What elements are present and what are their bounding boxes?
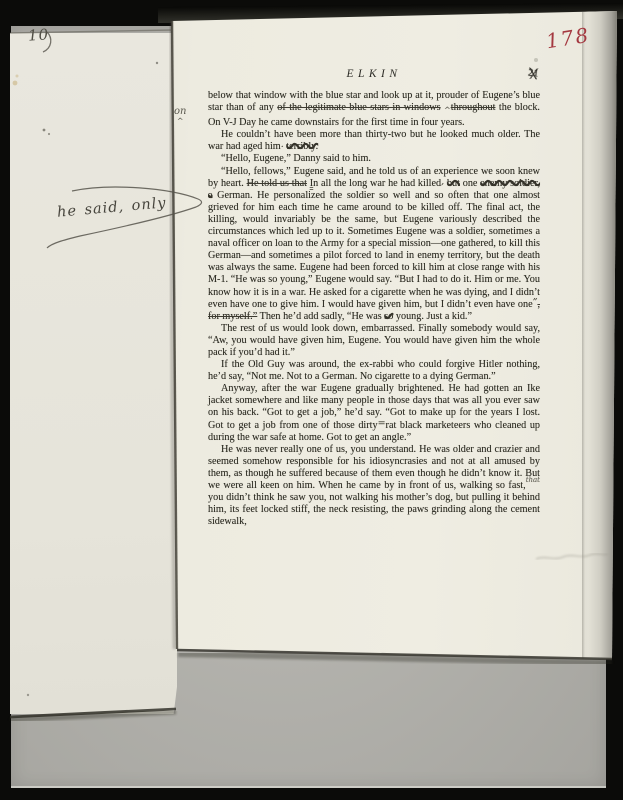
paragraph: The rest of us would look down, embarras… [208, 323, 540, 359]
paragraph: “Hello, Eugene,” Danny said to him. [208, 153, 540, 165]
edited-segment: that [526, 476, 540, 484]
text-segment: If the Old Guy was around, the ex-rabbi … [208, 359, 540, 382]
text-segment: you didn’t think he saw you, not walking… [208, 492, 540, 527]
paragraph: “Hello, fellows,” Eugene said, and he to… [208, 166, 540, 323]
edited-segment: ^ [444, 106, 451, 115]
text-segment: German. He personalized the soldier so w… [208, 190, 540, 310]
edited-segment: He told us that [247, 178, 307, 189]
margin-insertion-word: on [174, 106, 186, 117]
insertion-caret: ^ [174, 118, 186, 126]
pencil-corner-number: 10 [27, 25, 49, 44]
text-segment: He couldn’t have been more than thirty-t… [208, 129, 540, 152]
edited-segment: so [384, 311, 393, 322]
paragraph: He was never really one of us, you under… [208, 444, 540, 529]
text-segment: Then he’d add sadly, “He was [257, 311, 384, 322]
edited-segment: terribly. [286, 141, 318, 152]
paragraph: below that window with the blue star and… [208, 90, 540, 129]
margin-insertion-on: on ^ [174, 108, 186, 126]
edited-segment: of the legitimate blue stars in windows [277, 102, 440, 113]
text-segment: “Hello, Eugene,” Danny said to him. [221, 153, 371, 164]
paragraph: He couldn’t have been more than thirty-t… [208, 129, 540, 153]
edited-segment: ” [533, 297, 538, 308]
edited-segment: . [281, 139, 284, 150]
typescript-clipping: ELKIN 21 178 below that window with the … [146, 8, 623, 663]
album-page [10, 33, 177, 714]
edited-segment: = [378, 418, 386, 429]
body-text: below that window with the blue star and… [208, 90, 540, 528]
edited-segment: , [441, 176, 444, 187]
text-segment: n all the long war he had killed [313, 178, 441, 189]
text-segment: The rest of us would look down, embarras… [208, 323, 540, 358]
running-head: ELKIN [208, 68, 540, 80]
text-segment: young. Just a kid.” [393, 311, 472, 322]
photographed-manuscript: ELKIN 21 178 below that window with the … [0, 0, 623, 800]
paragraph: If the Old Guy was around, the ex-rabbi … [208, 359, 540, 383]
page-curl-edge [582, 8, 623, 663]
edited-segment: throughout [451, 102, 496, 113]
edited-segment: but [447, 178, 460, 189]
text-segment: one [460, 178, 480, 189]
paragraph: Anyway, after the war Eugene gradually b… [208, 383, 540, 443]
text-segment: He was never really one of us, you under… [208, 444, 540, 491]
struck-page-number: 21 [525, 67, 541, 79]
